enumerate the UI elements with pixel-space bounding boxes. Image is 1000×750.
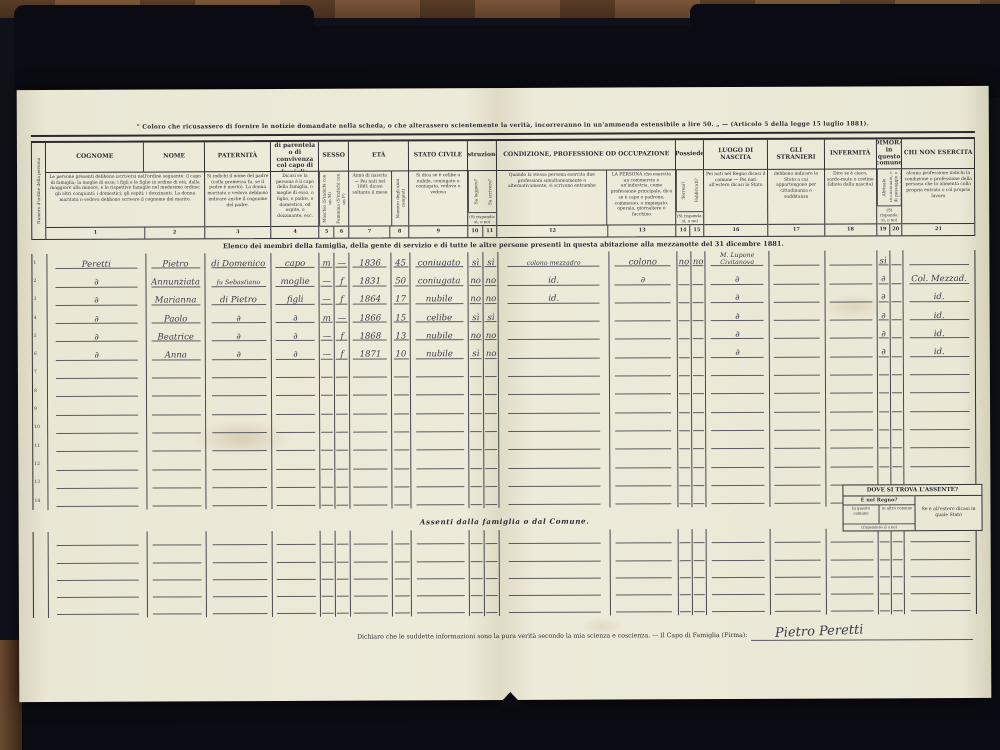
cell — [392, 490, 411, 508]
absent-rows — [33, 528, 977, 618]
cell — [272, 381, 320, 400]
cell — [335, 417, 350, 435]
cell — [826, 452, 878, 471]
cell — [770, 251, 826, 270]
declaration-text: Dichiaro che le suddette informazioni so… — [357, 632, 747, 643]
cell — [611, 598, 679, 615]
cell — [770, 269, 826, 288]
cell — [49, 473, 147, 492]
cell — [692, 379, 706, 397]
cell: nubile — [411, 289, 469, 308]
cell — [825, 250, 877, 269]
cell — [393, 582, 412, 599]
row-number — [34, 567, 49, 584]
header-cell: Si indichi il nome del padre (colla prem… — [205, 172, 271, 226]
cell — [693, 598, 707, 615]
answer-note: (Si risponda: sì, o no) — [677, 211, 704, 224]
cell — [469, 435, 484, 453]
present-rows: 1PerettiPietrodi Domenicocapom—183645con… — [31, 250, 976, 510]
cell — [351, 472, 393, 490]
cell — [707, 546, 771, 563]
row-number: 4 — [33, 309, 48, 327]
cell: nubile — [411, 344, 469, 363]
cell — [904, 396, 975, 415]
column-number: 1 — [47, 228, 146, 239]
cell — [890, 287, 903, 305]
cell: 1866 — [350, 307, 392, 325]
cell — [48, 400, 146, 419]
cell — [826, 305, 878, 324]
cell — [678, 452, 692, 470]
absent-location-box: DOVE SI TROVA L'ASSENTE? È nel Regno? in… — [842, 484, 982, 532]
cell: sì — [877, 250, 890, 268]
header-group: COGNOMENOMELe persone presenti debbono i… — [46, 142, 205, 239]
absent-location-title: DOVE SI TROVA L'ASSENTE? — [843, 485, 981, 497]
cell — [485, 490, 500, 508]
cell — [485, 565, 500, 582]
absent-section-title: Assenti dalla famiglia o dal Comune. — [33, 515, 977, 528]
cell — [412, 472, 470, 491]
cell — [891, 452, 904, 470]
column-number: 17 — [769, 225, 824, 236]
cell — [273, 583, 321, 600]
cell — [892, 580, 905, 597]
column-number: 21 — [903, 224, 975, 235]
cell — [827, 580, 879, 597]
header-cell: Numero d'ordine della persona — [32, 143, 46, 239]
cell — [335, 362, 350, 380]
cell — [770, 342, 826, 361]
cell — [411, 380, 469, 399]
cell — [890, 269, 903, 287]
cell — [147, 531, 207, 548]
cell: no — [484, 289, 499, 307]
cell — [351, 599, 393, 616]
cell — [273, 472, 321, 491]
cell — [707, 489, 771, 508]
cell — [336, 565, 351, 582]
cell — [770, 434, 826, 453]
header-cell: Femmina (S'indichi con un F) — [334, 172, 348, 226]
cell — [707, 563, 771, 580]
header-cell: Istruzione — [468, 141, 497, 171]
cell — [771, 563, 827, 580]
cell — [499, 398, 610, 417]
cell — [49, 583, 147, 601]
cell — [826, 433, 878, 452]
cell — [49, 566, 147, 584]
cell — [905, 597, 976, 614]
column-number: 5 — [320, 227, 335, 238]
cell — [147, 600, 207, 617]
header-cell: Numero degli anni compiuti — [392, 171, 409, 225]
cell: f — [335, 326, 350, 344]
row-number — [34, 549, 49, 566]
cell — [610, 398, 678, 417]
header-cell: Sa scrivere? — [483, 171, 497, 212]
cell — [499, 306, 610, 325]
header-cell: RELAZIONE di parentela o di convivenza c… — [271, 142, 318, 172]
cell — [692, 397, 706, 415]
cell — [469, 417, 484, 435]
cell — [693, 581, 707, 598]
cell — [320, 381, 335, 399]
cell — [351, 454, 393, 472]
cell — [879, 597, 892, 614]
cell — [678, 489, 692, 507]
cell — [484, 417, 499, 435]
cell — [469, 380, 484, 398]
cell — [485, 599, 500, 616]
header-cell: Quando la stessa persona esercita due pr… — [497, 171, 607, 225]
cell — [692, 452, 706, 470]
cell — [49, 532, 147, 550]
head-of-family-signature: Pietro Peretti — [751, 624, 864, 642]
cell — [273, 454, 321, 473]
cell — [484, 398, 499, 416]
header-group: STATO CIVILESi dica se è celibe o nubile… — [409, 141, 468, 237]
cell: Col. Mezzad. — [903, 268, 974, 287]
header-group: IstruzioneSa leggere?Sa scrivere?(Si ris… — [468, 141, 498, 237]
cell — [706, 361, 770, 380]
column-number: 13 — [608, 225, 675, 236]
cell — [393, 531, 412, 548]
cell — [770, 305, 826, 324]
cell — [678, 471, 692, 489]
cell — [771, 470, 827, 489]
cell — [678, 343, 692, 361]
header-cell: Terreni? — [676, 170, 690, 211]
cell: — — [335, 308, 350, 326]
header-group: ETÀAnno di nascita — Pei nati nel 1881 d… — [349, 141, 410, 237]
cell — [351, 435, 393, 453]
cell — [878, 378, 891, 396]
cell — [350, 399, 392, 417]
cell: ∂ — [877, 269, 890, 287]
cell — [610, 416, 678, 435]
column-number: 6 — [335, 227, 349, 238]
cell: — — [320, 344, 335, 362]
cell — [891, 323, 904, 341]
header-cell: DIMORA in questo comune — [877, 139, 902, 169]
cell: ∂ — [877, 324, 890, 342]
cell — [826, 378, 878, 397]
cell — [610, 471, 678, 490]
cell — [207, 454, 273, 473]
column-number: 12 — [498, 226, 609, 237]
abroad-state-cell: Se è all'estero dicasi in quale Stato — [916, 496, 982, 530]
header-cell: CONDIZIONE, PROFESSIONE OD OCCUPAZIONE — [497, 140, 675, 171]
header-cell: LUOGO DI NASCITA — [704, 140, 768, 170]
cell: no — [484, 325, 499, 343]
cell — [678, 398, 692, 416]
cell — [499, 325, 610, 344]
cell — [771, 597, 827, 614]
cell — [878, 563, 891, 580]
cell: colono mezzadro — [499, 252, 610, 271]
cell — [826, 324, 878, 343]
cell: di Pietro — [206, 290, 272, 309]
cell — [692, 288, 706, 306]
cell — [392, 454, 411, 472]
header-group: LUOGO DI NASCITAPei nati nel Regno dicas… — [704, 140, 769, 236]
cell — [336, 582, 351, 599]
cell — [904, 433, 975, 452]
cell — [892, 563, 905, 580]
cell — [351, 531, 393, 548]
cell: id. — [499, 270, 610, 289]
cell — [678, 416, 692, 434]
cell: — — [335, 253, 350, 271]
cell: ∂ — [48, 290, 146, 309]
cell — [470, 582, 485, 599]
cell — [470, 599, 485, 616]
cell — [469, 453, 484, 471]
cell — [679, 547, 693, 564]
cell — [484, 453, 499, 471]
cell: sì — [484, 307, 499, 325]
in-this-commune-label: in questo comune — [843, 505, 879, 523]
header-cell: Abituale — [877, 169, 890, 205]
cell — [48, 382, 146, 401]
cell: Paolo — [146, 308, 206, 327]
column-number: 18 — [825, 224, 876, 235]
header-group: GLI STRANIERIdebbono indicare lo Stato a… — [768, 140, 825, 236]
cell: no — [468, 270, 483, 288]
cell: moglie — [272, 271, 320, 290]
cell — [335, 436, 350, 454]
cell — [891, 342, 904, 360]
cell: coniugata — [411, 270, 469, 289]
cell — [904, 360, 975, 379]
cell — [610, 434, 678, 453]
cell: Anna — [146, 345, 206, 364]
cell — [146, 363, 206, 382]
cell: ∂ — [206, 308, 272, 327]
cell — [707, 581, 771, 598]
cell — [351, 582, 393, 599]
header-group: PossiedeTerreni?Fabbricati?(Si risponda:… — [676, 140, 704, 236]
cell — [206, 399, 272, 418]
cell — [692, 343, 706, 361]
cell — [892, 546, 905, 563]
cell — [392, 472, 411, 490]
cell — [469, 490, 484, 508]
cell — [905, 580, 976, 597]
cell: 1868 — [350, 326, 392, 344]
cell: sì — [468, 252, 483, 270]
cell — [500, 581, 611, 599]
cell: ∂ — [609, 270, 677, 289]
cell — [707, 598, 771, 615]
cell — [499, 361, 610, 380]
column-number: 20 — [890, 224, 902, 235]
cell — [411, 362, 469, 381]
cell: ∂ — [272, 308, 320, 327]
cell — [147, 549, 207, 566]
signature-line: Pietro Peretti — [751, 625, 973, 641]
cell — [771, 546, 827, 563]
cell — [677, 288, 691, 306]
cell — [692, 361, 706, 379]
column-number: 14 — [677, 225, 691, 236]
cell — [770, 397, 826, 416]
cell: fu Sebastiano — [206, 271, 272, 290]
cell — [321, 531, 336, 548]
cell — [678, 434, 692, 452]
cell — [692, 269, 706, 287]
cell — [890, 250, 903, 268]
cell — [679, 529, 693, 546]
cell — [499, 343, 610, 362]
cell — [392, 435, 411, 453]
cell — [411, 399, 469, 418]
header-group: CHI NON ESERCITAalcuna professione indic… — [902, 139, 974, 235]
cell: M. Lupone Civitanova — [706, 251, 770, 270]
cell — [207, 548, 273, 565]
cell — [770, 287, 826, 306]
cell: ∂ — [877, 305, 890, 323]
row-number: 1 — [32, 254, 47, 272]
cell: no — [691, 251, 705, 269]
cell — [412, 490, 470, 509]
cell: 13 — [392, 326, 411, 344]
cell — [904, 378, 975, 397]
cell: 1831 — [350, 271, 392, 289]
header-cell: LA PERSONA che esercita un commercio o u… — [607, 170, 675, 224]
header-group: INFERMITÀDire se è cieco, sordo-muto o c… — [825, 139, 878, 235]
header-group: SESSOMaschio (S'indichi con un M)Femmina… — [319, 142, 349, 238]
header-cell: COGNOME — [46, 143, 144, 173]
cell: Marianna — [146, 290, 206, 309]
cell — [904, 415, 975, 434]
cell — [678, 306, 692, 324]
header-cell: CHI NON ESERCITA — [902, 139, 974, 169]
cell — [321, 565, 336, 582]
cell — [706, 416, 770, 435]
row-number: 14 — [33, 492, 48, 510]
cell — [611, 564, 679, 581]
row-number: 7 — [33, 364, 48, 382]
cell — [610, 489, 678, 508]
cell: ∂ — [48, 345, 146, 364]
cell — [147, 491, 207, 510]
cell — [904, 451, 975, 470]
cell: ∂ — [706, 287, 770, 306]
header-group: Numero d'ordine della persona — [32, 143, 47, 239]
answer-note: (Si risponda: sì, o no) — [468, 212, 497, 225]
cell — [827, 597, 879, 614]
register-cover — [14, 5, 314, 97]
cell — [393, 599, 412, 616]
cell — [706, 434, 770, 453]
header-cell: debbono indicare lo Stato a cui apparten… — [768, 170, 823, 224]
cell — [336, 491, 351, 509]
cell: coniugato — [411, 252, 469, 271]
table-row: 14 — [33, 488, 975, 510]
cell — [320, 436, 335, 454]
cell — [500, 435, 611, 454]
cell — [770, 415, 826, 434]
cell: celibe — [411, 307, 469, 326]
cell — [412, 547, 470, 564]
cell — [679, 581, 693, 598]
cell — [49, 491, 147, 510]
cell — [470, 547, 485, 564]
cell — [207, 566, 273, 583]
cell: no — [469, 325, 484, 343]
cell — [350, 417, 392, 435]
cell — [500, 453, 611, 472]
cell — [500, 564, 611, 582]
cell — [273, 548, 321, 565]
cell — [411, 417, 469, 436]
header-group: PATERNITÀSi indichi il nome del padre (c… — [205, 142, 272, 238]
cell: ∂ — [706, 342, 770, 361]
row-number: 8 — [33, 382, 48, 400]
cell — [272, 436, 320, 455]
cell: capo — [272, 253, 320, 272]
cell — [891, 378, 904, 396]
cell — [273, 491, 321, 510]
cell — [206, 363, 272, 382]
cell: 1864 — [350, 289, 392, 307]
cell — [771, 529, 827, 546]
column-number: 11 — [483, 226, 497, 237]
cell — [207, 583, 273, 600]
cell — [905, 545, 976, 562]
header-cell: Si dica se è celibe o nubile, coniugato … — [409, 171, 467, 225]
cell: — — [319, 271, 334, 289]
cell — [610, 453, 678, 472]
column-number: 16 — [704, 225, 767, 236]
cell — [878, 415, 891, 433]
cell — [320, 491, 335, 509]
header-cell: Fabbricati? — [690, 170, 703, 211]
cell: ∂ — [706, 324, 770, 343]
cell — [707, 452, 771, 471]
cell — [825, 269, 877, 288]
cell — [351, 548, 393, 565]
cell — [610, 361, 678, 380]
cell — [892, 597, 905, 614]
cell — [878, 397, 891, 415]
cell: Beatrice — [146, 326, 206, 345]
cell — [272, 417, 320, 436]
declaration-line: Dichiaro che le suddette informazioni so… — [33, 625, 977, 644]
cell — [770, 360, 826, 379]
cell — [273, 600, 321, 617]
column-number: 15 — [690, 225, 703, 236]
column-number: 8 — [391, 226, 409, 237]
row-number — [34, 532, 49, 549]
cell — [692, 306, 706, 324]
cell — [706, 379, 770, 398]
header-cell: Occasionale, o di passaggio o per breve … — [890, 169, 902, 205]
cell — [320, 363, 335, 381]
cell — [771, 580, 827, 597]
cell — [484, 362, 499, 380]
present-list-title: Elenco dei membri della famiglia, della … — [31, 239, 975, 251]
answer-note: (rispondere sì o no) — [844, 523, 915, 530]
cell — [611, 547, 679, 564]
row-number: 12 — [33, 455, 48, 473]
cell — [147, 473, 207, 492]
in-kingdom-label: È nel Regno? — [843, 496, 914, 505]
header-cell: GLI STRANIERI — [768, 140, 823, 170]
cell — [485, 547, 500, 564]
answer-note: (Si risponda: sì, o no) — [877, 205, 902, 223]
